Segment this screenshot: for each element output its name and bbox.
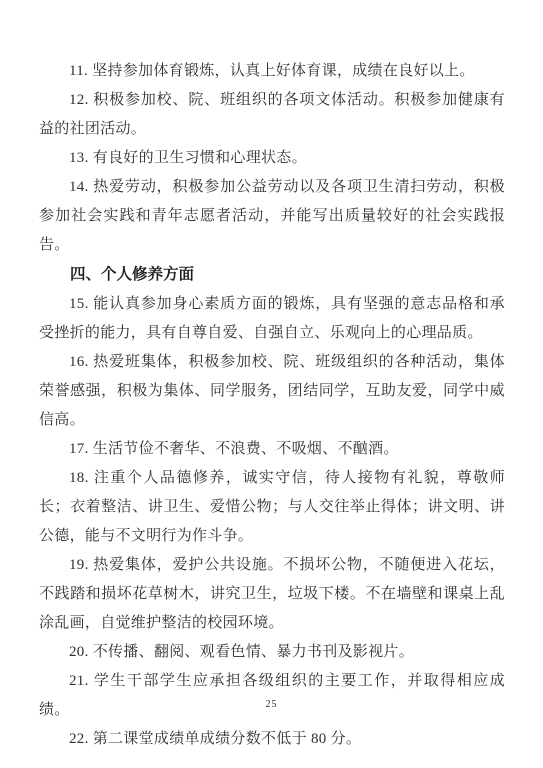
document-body: 11. 坚持参加体育锻炼，认真上好体育课，成绩在良好以上。 12. 积极参加校、… bbox=[39, 57, 505, 754]
page-footer: 25 bbox=[0, 694, 543, 712]
list-item-14: 14. 热爱劳动，积极参加公益劳动以及各项卫生清扫劳动，积极参加社会实践和青年志… bbox=[39, 173, 505, 260]
list-item-12: 12. 积极参加校、院、班组织的各项文体活动。积极参加健康有益的社团活动。 bbox=[39, 86, 505, 144]
list-item-20: 20. 不传播、翻阅、观看色情、暴力书刊及影视片。 bbox=[39, 638, 505, 667]
list-item-17: 17. 生活节俭不奢华、不浪费、不吸烟、不酗酒。 bbox=[39, 435, 505, 464]
list-item-22: 22. 第二课堂成绩单成绩分数不低于 80 分。 bbox=[39, 725, 505, 754]
list-item-16: 16. 热爱班集体，积极参加校、院、班级组织的各种活动，集体荣誉感强，积极为集体… bbox=[39, 348, 505, 435]
list-item-11: 11. 坚持参加体育锻炼，认真上好体育课，成绩在良好以上。 bbox=[39, 57, 505, 86]
document-page: 11. 坚持参加体育锻炼，认真上好体育课，成绩在良好以上。 12. 积极参加校、… bbox=[0, 0, 543, 768]
section-heading-personal-cultivation: 四、个人修养方面 bbox=[39, 260, 505, 290]
list-item-19: 19. 热爱集体，爱护公共设施。不损坏公物，不随便进入花坛，不践踏和损坏花草树木… bbox=[39, 551, 505, 638]
list-item-15: 15. 能认真参加身心素质方面的锻炼，具有坚强的意志品格和承受挫折的能力，具有自… bbox=[39, 290, 505, 348]
list-item-13: 13. 有良好的卫生习惯和心理状态。 bbox=[39, 144, 505, 173]
list-item-18: 18. 注重个人品德修养，诚实守信，待人接物有礼貌，尊敬师长；衣着整洁、讲卫生、… bbox=[39, 464, 505, 551]
page-number: 25 bbox=[266, 699, 278, 710]
